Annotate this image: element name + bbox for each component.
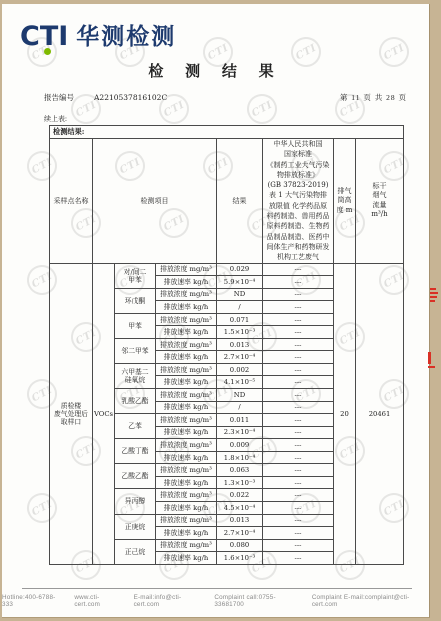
report-no-value: A2210537816102C <box>94 93 167 102</box>
param-label-cell: 排放速率 kg/h <box>156 501 217 514</box>
value-cell: 0.063 <box>217 464 263 477</box>
param-label-cell: 排放浓度 mg/m³ <box>156 338 217 351</box>
param-label-cell: 排放浓度 mg/m³ <box>156 439 217 452</box>
footer-website: www.cti-cert.com <box>74 594 122 608</box>
value-cell: 1.3×10⁻³ <box>217 476 263 489</box>
compound-cell: 对/间二 甲苯 <box>115 263 156 288</box>
compound-cell: 邻二甲苯 <box>115 338 156 363</box>
value-cell: 5.9×10⁻⁴ <box>217 276 263 289</box>
limit-cell: --- <box>263 464 334 477</box>
param-label-cell: 排放浓度 mg/m³ <box>156 414 217 427</box>
param-label-cell: 排放速率 kg/h <box>156 276 217 289</box>
sample-site-cell: 质检楼 废气处理后 取样口 <box>50 263 93 564</box>
results-table: 检测结果: 采样点名称 检测项目 结果 中华人民共和国 国家标准 《制药工业大气… <box>49 125 404 565</box>
param-label-cell: 排放浓度 mg/m³ <box>156 313 217 326</box>
value-cell: 2.7×10⁻⁴ <box>217 527 263 540</box>
param-label-cell: 排放速率 kg/h <box>156 451 217 464</box>
value-cell: 1.6×10⁻³ <box>217 552 263 565</box>
table-header-row: 采样点名称 检测项目 结果 中华人民共和国 国家标准 《制药工业大气污染 物排放… <box>50 139 404 264</box>
limit-cell: --- <box>263 451 334 464</box>
limit-cell: --- <box>263 489 334 502</box>
limit-cell: --- <box>263 338 334 351</box>
compound-cell: 乙酸乙酯 <box>115 464 156 489</box>
cti-logo-text: CTI <box>20 22 68 52</box>
value-cell: ND <box>217 288 263 301</box>
col-header-standard: 中华人民共和国 国家标准 《制药工业大气污染 物排放标准》 (GB 37823-… <box>263 139 334 264</box>
footer-divider <box>22 588 412 589</box>
col-header-flow: 标干 烟气 流量 m³/h <box>356 139 404 264</box>
report-no-label: 报告编号 <box>44 92 74 103</box>
limit-cell: --- <box>263 414 334 427</box>
report-page: CTICTICTICTICTICTICTICTICTICTICTICTICTIC… <box>2 4 430 618</box>
limit-cell: --- <box>263 276 334 289</box>
value-cell: 0.009 <box>217 439 263 452</box>
param-label-cell: 排放浓度 mg/m³ <box>156 363 217 376</box>
param-label-cell: 排放速率 kg/h <box>156 301 217 314</box>
param-label-cell: 排放浓度 mg/m³ <box>156 539 217 552</box>
value-cell: 2.3×10⁻⁴ <box>217 426 263 439</box>
flow-cell: 20461 <box>356 263 404 564</box>
compound-cell: 乙酸丁酯 <box>115 439 156 464</box>
compound-cell: 环戊酮 <box>115 288 156 313</box>
footer-complaint-call: Complaint call:0755-33681700 <box>214 594 300 608</box>
footer-contacts: Hotline:400-6788-333 www.cti-cert.com E-… <box>2 594 429 608</box>
param-label-cell: 排放浓度 mg/m³ <box>156 464 217 477</box>
page-title: 检 测 结 果 <box>2 60 429 81</box>
param-label-cell: 排放浓度 mg/m³ <box>156 514 217 527</box>
value-cell: 4.1×10⁻⁵ <box>217 376 263 389</box>
limit-cell: --- <box>263 351 334 364</box>
param-label-cell: 排放速率 kg/h <box>156 351 217 364</box>
value-cell: 0.002 <box>217 363 263 376</box>
value-cell: 1.8×10⁻⁴ <box>217 451 263 464</box>
param-label-cell: 排放速率 kg/h <box>156 326 217 339</box>
red-edge-mark <box>428 352 435 370</box>
compound-cell: 乙苯 <box>115 414 156 439</box>
value-cell: / <box>217 401 263 414</box>
value-cell: 1.5×10⁻³ <box>217 326 263 339</box>
report-meta-row: 报告编号 A2210537816102C 第 11 页 共 28 页 <box>44 92 407 103</box>
limit-cell: --- <box>263 263 334 276</box>
value-cell: 0.080 <box>217 539 263 552</box>
param-label-cell: 排放速率 kg/h <box>156 552 217 565</box>
continued-label: 续上表: <box>44 114 67 124</box>
page-number: 第 11 页 共 28 页 <box>340 92 407 103</box>
limit-cell: --- <box>263 514 334 527</box>
vocs-cell: VOCs <box>93 263 115 564</box>
stack-height-cell: 20 <box>334 263 356 564</box>
value-cell: / <box>217 301 263 314</box>
cti-logo: CTI 华测检测 <box>20 16 176 52</box>
value-cell: 0.022 <box>217 489 263 502</box>
limit-cell: --- <box>263 476 334 489</box>
param-label-cell: 排放浓度 mg/m³ <box>156 263 217 276</box>
limit-cell: --- <box>263 527 334 540</box>
results-table-wrap: 检测结果: 采样点名称 检测项目 结果 中华人民共和国 国家标准 《制药工业大气… <box>49 125 404 565</box>
param-label-cell: 排放速率 kg/h <box>156 527 217 540</box>
limit-cell: --- <box>263 426 334 439</box>
limit-cell: --- <box>263 326 334 339</box>
param-label-cell: 排放速率 kg/h <box>156 426 217 439</box>
param-label-cell: 排放浓度 mg/m³ <box>156 389 217 402</box>
param-label-cell: 排放速率 kg/h <box>156 401 217 414</box>
compound-cell: 六甲基二 硅氧烷 <box>115 363 156 388</box>
compound-cell: 正庚烷 <box>115 514 156 539</box>
limit-cell: --- <box>263 389 334 402</box>
limit-cell: --- <box>263 376 334 389</box>
col-header-item: 检测项目 <box>93 139 217 264</box>
col-header-sample: 采样点名称 <box>50 139 93 264</box>
param-label-cell: 排放浓度 mg/m³ <box>156 489 217 502</box>
param-label-cell: 排放速率 kg/h <box>156 376 217 389</box>
compound-cell: 乳酸乙酯 <box>115 389 156 414</box>
limit-cell: --- <box>263 363 334 376</box>
compound-cell: 正己烷 <box>115 539 156 564</box>
limit-cell: --- <box>263 313 334 326</box>
footer-complaint-email: Complaint E-mail:complaint@cti-cert.com <box>312 594 429 608</box>
limit-cell: --- <box>263 552 334 565</box>
value-cell: 0.071 <box>217 313 263 326</box>
limit-cell: --- <box>263 401 334 414</box>
value-cell: 4.5×10⁻⁴ <box>217 501 263 514</box>
param-label-cell: 排放速率 kg/h <box>156 476 217 489</box>
compound-cell: 异丙醇 <box>115 489 156 514</box>
value-cell: 2.7×10⁻⁴ <box>217 351 263 364</box>
value-cell: 0.029 <box>217 263 263 276</box>
limit-cell: --- <box>263 301 334 314</box>
param-label-cell: 排放浓度 mg/m³ <box>156 288 217 301</box>
value-cell: 0.013 <box>217 514 263 527</box>
footer-hotline: Hotline:400-6788-333 <box>2 594 63 608</box>
col-header-result: 结果 <box>217 139 263 264</box>
value-cell: ND <box>217 389 263 402</box>
value-cell: 0.011 <box>217 414 263 427</box>
footer-email: E-mail:info@cti-cert.com <box>134 594 204 608</box>
results-tbody: 质检楼 废气处理后 取样口VOCs对/间二 甲苯排放浓度 mg/m³0.029-… <box>50 263 404 564</box>
red-edge-mark <box>430 288 438 304</box>
limit-cell: --- <box>263 439 334 452</box>
col-header-stack-height: 排气 筒高 度 m <box>334 139 356 264</box>
compound-cell: 甲苯 <box>115 313 156 338</box>
limit-cell: --- <box>263 288 334 301</box>
cti-logo-chinese: 华测检测 <box>76 22 176 52</box>
limit-cell: --- <box>263 501 334 514</box>
section-title: 检测结果: <box>50 126 404 139</box>
value-cell: 0.013 <box>217 338 263 351</box>
limit-cell: --- <box>263 539 334 552</box>
